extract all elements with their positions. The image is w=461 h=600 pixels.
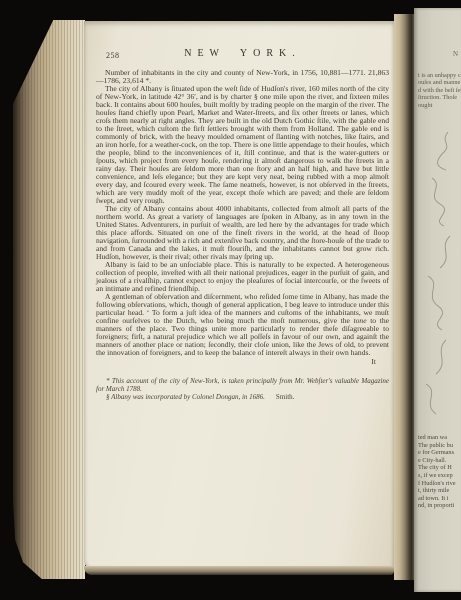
page-bottom-edge xyxy=(84,566,394,575)
ink-stroke xyxy=(438,132,449,170)
ink-stroke xyxy=(432,178,445,226)
footnote-attribution: Smith. xyxy=(276,393,294,401)
paragraph-text: A gentleman of obſervation and diſcernme… xyxy=(96,292,389,325)
adjacent-text-line: The city of H xyxy=(418,464,461,472)
adjacent-text-line: e City-hall. xyxy=(418,457,461,465)
book-photo: 258 NEW YORK. Number of inhabitants in t… xyxy=(0,0,461,600)
book-page-edges xyxy=(13,20,85,579)
adjacent-page-text: ted man wa The public bu e for Germans e… xyxy=(418,434,461,510)
adjacent-text-line: ted man wa xyxy=(418,434,461,442)
body-paragraph: Number of inhabitants in the city and co… xyxy=(96,69,389,85)
adjacent-text-line: ouſes and manne xyxy=(418,79,461,86)
adjacent-page-text: t is an unhappy ci ouſes and manne d wit… xyxy=(418,72,461,109)
adjacent-text-line: ad town. It i xyxy=(418,495,461,503)
adjacent-text-line: The public bu xyxy=(418,442,461,450)
adjacent-text-line: nd, in proporti xyxy=(418,502,461,510)
ink-stroke xyxy=(440,236,450,268)
footnote: * This account of the city of New-York, … xyxy=(96,378,389,394)
adjacent-running-header: N xyxy=(453,50,458,58)
catchword: It xyxy=(96,358,389,366)
adjacent-text-line: e for Germans xyxy=(418,449,461,457)
ink-stroke xyxy=(426,384,436,414)
body-paragraph: The city of Albany contains about 4000 i… xyxy=(96,205,389,261)
adjacent-text-line: t, thirty mile xyxy=(418,487,461,495)
body-paragraph: A gentleman of obſervation and diſcernme… xyxy=(96,293,389,357)
adjacent-text-line: ſtruction. Thoſe xyxy=(418,94,461,101)
book-page: 258 NEW YORK. Number of inhabitants in t… xyxy=(84,21,394,570)
adjacent-page: N t is an unhappy ci ouſes and manne d w… xyxy=(414,8,461,592)
adjacent-text-line: t is an unhappy ci xyxy=(418,72,461,79)
adjacent-text-line: f Hudſon's rive xyxy=(418,480,461,488)
footnotes: * This account of the city of New-York, … xyxy=(96,378,389,401)
footnote: § Albany was incorporated by Colonel Don… xyxy=(96,394,389,402)
adjacent-text-line: s, if we excep xyxy=(418,472,461,480)
ink-stroke xyxy=(428,276,443,330)
body-paragraph: The city of Albany is ſituated upon the … xyxy=(96,85,389,205)
page-header: 258 NEW YORK. xyxy=(96,50,389,62)
page-gutter-shadow xyxy=(394,14,414,580)
adjacent-text-line: d with the beſt ſett xyxy=(418,87,461,94)
ink-marks xyxy=(414,126,461,426)
footnote-text: § Albany was incorporated by Colonel Don… xyxy=(106,393,265,401)
adjacent-text-line: ought xyxy=(418,102,461,109)
page-content: 258 NEW YORK. Number of inhabitants in t… xyxy=(84,21,394,570)
ink-stroke xyxy=(436,340,446,374)
body-paragraph: Albany is ſaid to be an unſociable place… xyxy=(96,261,389,293)
running-header: NEW YORK. xyxy=(96,50,389,58)
